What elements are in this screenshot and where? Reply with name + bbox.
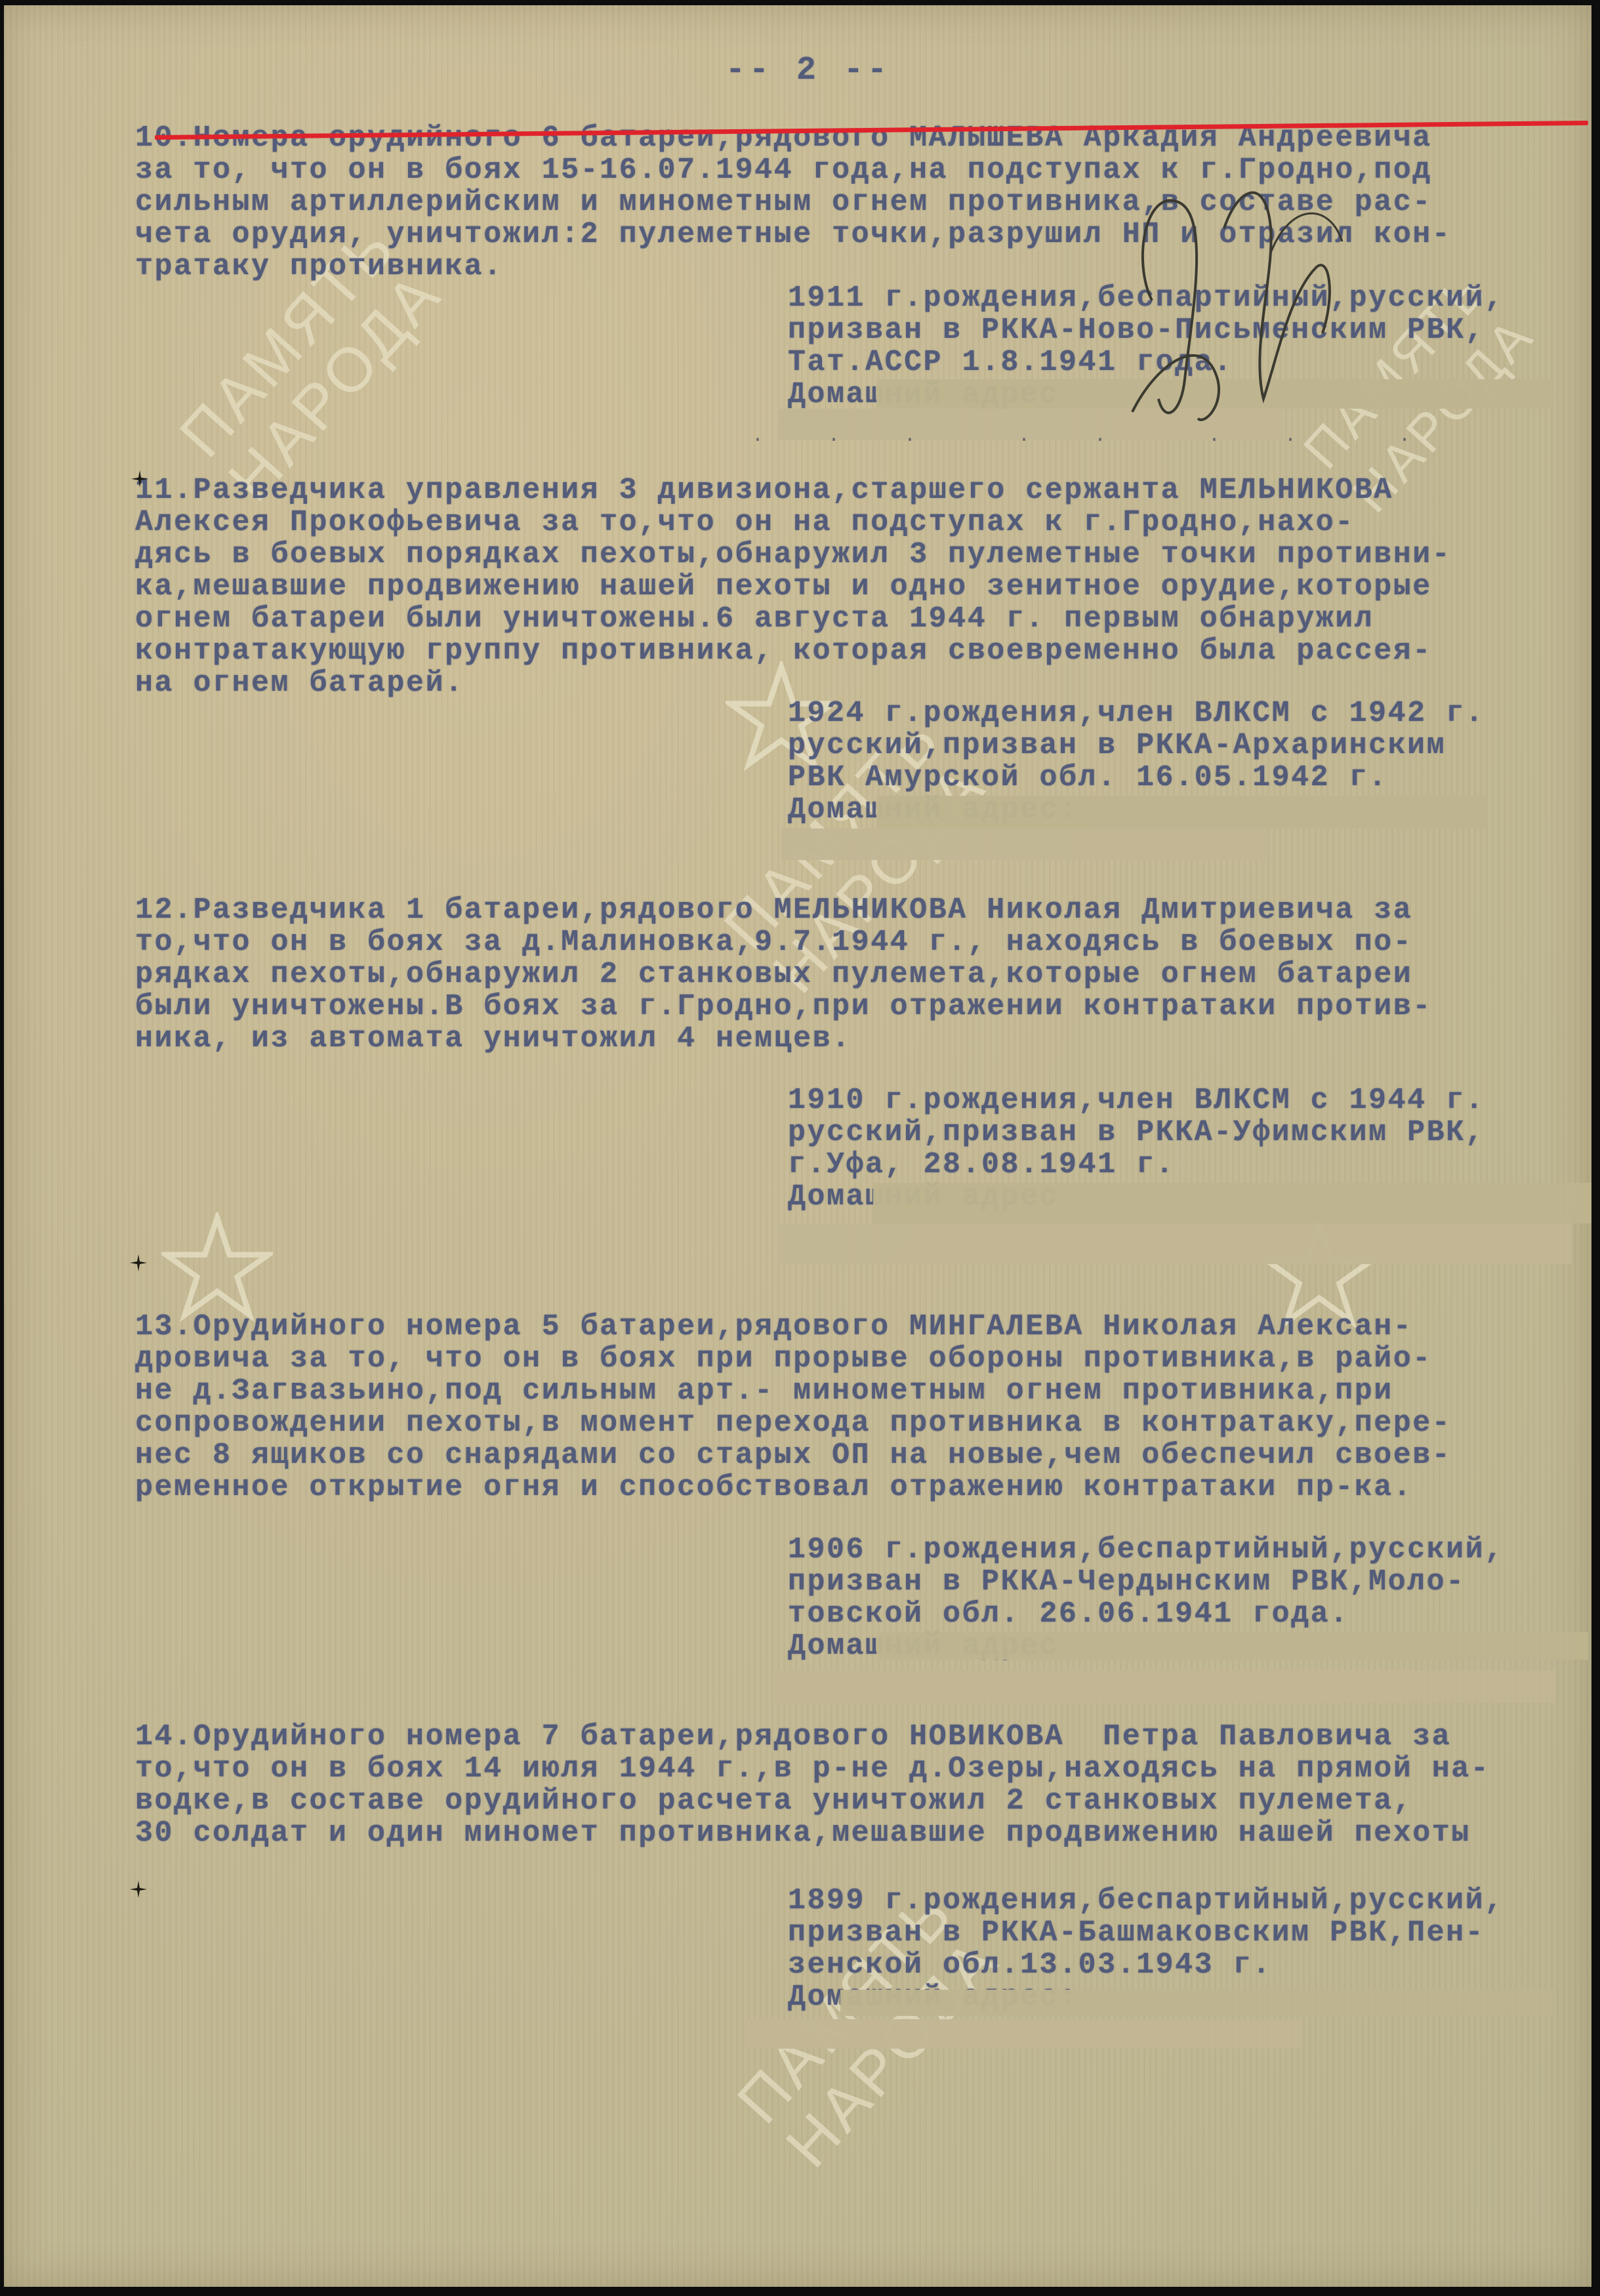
redacted-address	[745, 2019, 1303, 2049]
pin-hole-icon	[127, 1252, 150, 1274]
entry-14-paragraph: 14.Орудийного номера 7 батареи,рядового …	[135, 1721, 1490, 1849]
pin-hole-icon	[127, 1878, 150, 1900]
margin-marks: . . . . . . . .	[752, 425, 1437, 447]
handwritten-signature	[1054, 163, 1421, 451]
watermark-star-icon	[161, 1212, 273, 1324]
redacted-address	[873, 1183, 1591, 1223]
entry-11-paragraph: 11.Разведчика управления 3 дивизиона,ста…	[135, 474, 1451, 699]
redacted-address	[775, 1670, 1555, 1703]
redacted-address	[840, 1990, 1555, 2016]
redacted-address	[876, 796, 1487, 829]
entry-12-paragraph: 12.Разведчика 1 батареи,рядового МЕЛЬНИК…	[135, 894, 1432, 1055]
redacted-address	[876, 1632, 1588, 1660]
redacted-address	[778, 1223, 1572, 1264]
entry-13-paragraph: 13.Орудийного номера 5 батареи,рядового …	[135, 1311, 1451, 1504]
page-number: -- 2 --	[726, 54, 891, 87]
pin-hole-icon	[129, 468, 151, 490]
document-page: ПАМЯТЬ НАРОДА ПАМЯТЬ НАРОДА ПАМЯТЬ НАРОД…	[4, 5, 1591, 2287]
redacted-address	[781, 829, 1267, 860]
